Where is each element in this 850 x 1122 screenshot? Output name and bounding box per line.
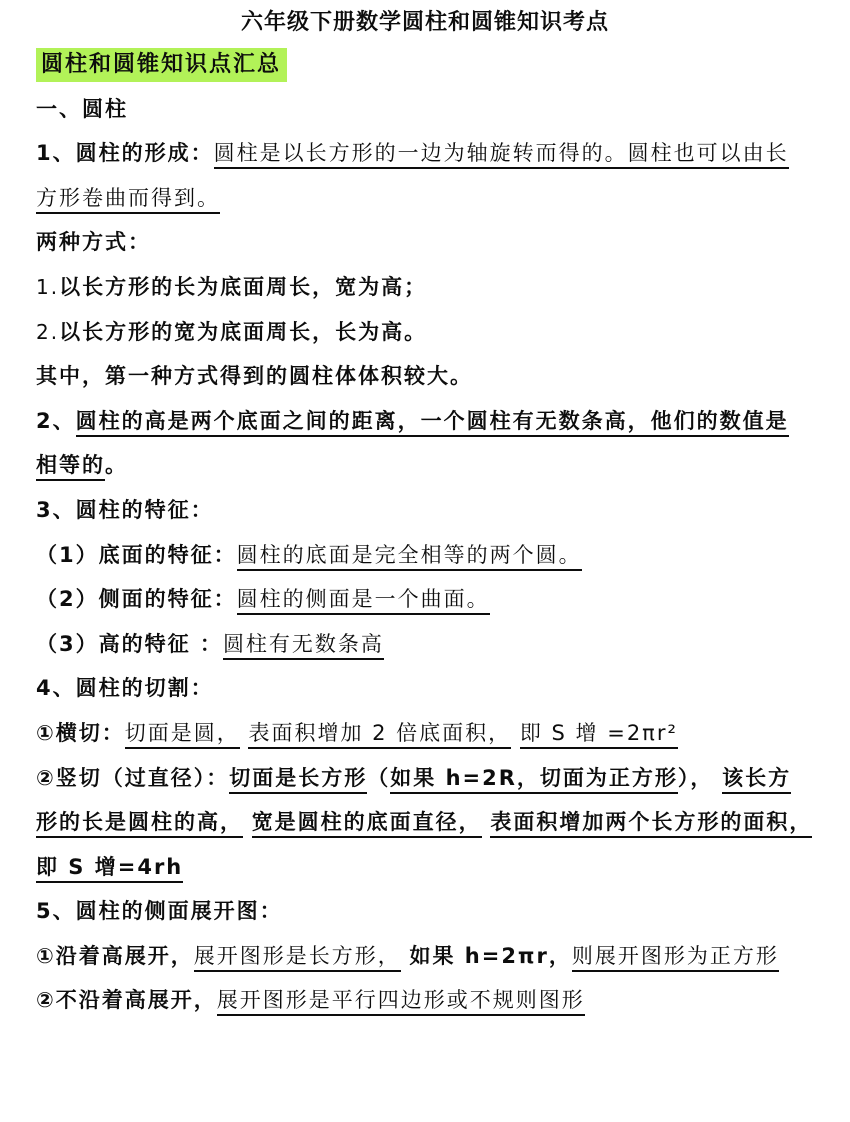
section-heading-highlight: 圆柱和圆锥知识点汇总 — [36, 42, 816, 87]
document-body: 圆柱和圆锥知识点汇总一、圆柱1、圆柱的形成：圆柱是以长方形的一边为轴旋转而得的。… — [36, 42, 816, 1023]
text-segment: 4、圆柱的切割： — [36, 676, 214, 700]
text-segment: 则展开图形为正方形 — [572, 944, 779, 972]
text-segment: ）， — [678, 766, 714, 790]
unfold-along-height: ①沿着高展开，展开图形是长方形， 如果 h=2πr，则展开图形为正方形 — [36, 934, 816, 979]
cut-vertical-line-2: 形的长是圆柱的高， 宽是圆柱的底面直径， 表面积增加两个长方形的面积， — [36, 800, 816, 845]
text-segment: 表面积增加两个长方形的面积， — [490, 810, 812, 838]
text-segment: 即 S 增=4rh — [36, 855, 183, 883]
document-page: 六年级下册数学圆柱和圆锥知识考点 圆柱和圆锥知识点汇总一、圆柱1、圆柱的形成：圆… — [0, 0, 850, 1122]
text-segment: （2）侧面的特征： — [36, 587, 237, 611]
feature-base: （1）底面的特征：圆柱的底面是完全相等的两个圆。 — [36, 533, 816, 578]
text-segment: 展开图形是平行四边形或不规则图形 — [217, 988, 585, 1016]
cut-vertical-line-3: 即 S 增=4rh — [36, 845, 816, 890]
two-ways-heading: 两种方式： — [36, 220, 816, 265]
text-segment: 宽是圆柱的底面直径， — [252, 810, 482, 838]
text-segment: 圆柱的侧面是一个曲面。 — [237, 587, 490, 615]
text-segment: 一、圆柱 — [36, 97, 128, 121]
text-segment: 圆柱的高是两个底面之间的距离，一个圆柱有无数条高，他们的数值是 — [76, 409, 789, 437]
text-segment: 3、圆柱的特征： — [36, 498, 214, 522]
text-segment: 形的长是圆柱的高， — [36, 810, 243, 838]
point-1-formation-line-1: 1、圆柱的形成：圆柱是以长方形的一边为轴旋转而得的。圆柱也可以由长 — [36, 131, 816, 176]
text-segment: 以长方形的长为底面周长，宽为高； — [59, 275, 427, 299]
text-segment: 以长方形的宽为底面周长，长为高。 — [59, 320, 427, 344]
page-title: 六年级下册数学圆柱和圆锥知识考点 — [0, 8, 850, 38]
point-4-cutting-heading: 4、圆柱的切割： — [36, 666, 816, 711]
text-segment: 圆柱的底面是完全相等的两个圆。 — [237, 543, 582, 571]
text-segment: ①沿着高展开， — [36, 944, 194, 968]
text-segment: 圆柱是以长方形的一边为轴旋转而得的。 — [214, 141, 628, 169]
text-segment: ②竖切（过直径）： — [36, 766, 229, 790]
cut-horizontal: ①横切：切面是圆， 表面积增加 2 倍底面积， 即 S 增 =2πr² — [36, 711, 816, 756]
text-segment: 2、 — [36, 409, 76, 433]
text-segment: 1、圆柱的形成： — [36, 141, 214, 165]
point-2-height-line-2: 相等的。 — [36, 443, 816, 488]
text-segment: 该长方 — [722, 766, 791, 794]
text-segment: （ — [367, 766, 390, 790]
heading-cylinder: 一、圆柱 — [36, 87, 816, 132]
text-segment — [713, 766, 722, 790]
text-segment: 1. — [36, 275, 59, 299]
text-segment: ①横切： — [36, 721, 125, 745]
text-segment: 圆柱有无数条高 — [223, 632, 384, 660]
text-segment: 相等的 — [36, 453, 105, 481]
way-2: 2.以长方形的宽为底面周长，长为高。 — [36, 310, 816, 355]
text-segment — [511, 721, 520, 745]
point-3-features-heading: 3、圆柱的特征： — [36, 488, 816, 533]
point-5-unfold-heading: 5、圆柱的侧面展开图： — [36, 889, 816, 934]
text-segment: （1）底面的特征： — [36, 543, 237, 567]
text-segment: 切面是圆， — [125, 721, 240, 749]
text-segment — [243, 810, 252, 834]
text-segment: 即 S 增 =2πr² — [520, 721, 678, 749]
text-segment: 2. — [36, 320, 59, 344]
text-segment: 其中，第一种方式得到的圆柱体体积较大。 — [36, 364, 473, 388]
text-segment: 表面积增加 2 倍底面积， — [248, 721, 511, 749]
text-segment: 如果 h=2πr， — [409, 944, 571, 968]
text-segment: ②不沿着高展开， — [36, 988, 217, 1012]
way-comparison: 其中，第一种方式得到的圆柱体体积较大。 — [36, 354, 816, 399]
text-segment: 展开图形是长方形， — [194, 944, 401, 972]
point-2-height-line-1: 2、圆柱的高是两个底面之间的距离，一个圆柱有无数条高，他们的数值是 — [36, 399, 816, 444]
text-segment: （3）高的特征 ： — [36, 632, 223, 656]
feature-side: （2）侧面的特征：圆柱的侧面是一个曲面。 — [36, 577, 816, 622]
text-segment: 方形卷曲而得到。 — [36, 186, 220, 214]
text-segment: 如果 h=2R，切面为正方形 — [390, 766, 678, 794]
highlighted-text: 圆柱和圆锥知识点汇总 — [36, 48, 287, 82]
text-segment: 5、圆柱的侧面展开图： — [36, 899, 283, 923]
text-segment: 。 — [105, 453, 128, 477]
text-segment: 两种方式： — [36, 230, 151, 254]
text-segment: 圆柱也可以由长 — [628, 141, 789, 169]
way-1: 1.以长方形的长为底面周长，宽为高； — [36, 265, 816, 310]
point-1-formation-line-2: 方形卷曲而得到。 — [36, 176, 816, 221]
cut-vertical-line-1: ②竖切（过直径）：切面是长方形（如果 h=2R，切面为正方形）， 该长方 — [36, 756, 816, 801]
feature-height: （3）高的特征 ：圆柱有无数条高 — [36, 622, 816, 667]
text-segment: 切面是长方形 — [229, 766, 367, 794]
unfold-not-along-height: ②不沿着高展开，展开图形是平行四边形或不规则图形 — [36, 978, 816, 1023]
